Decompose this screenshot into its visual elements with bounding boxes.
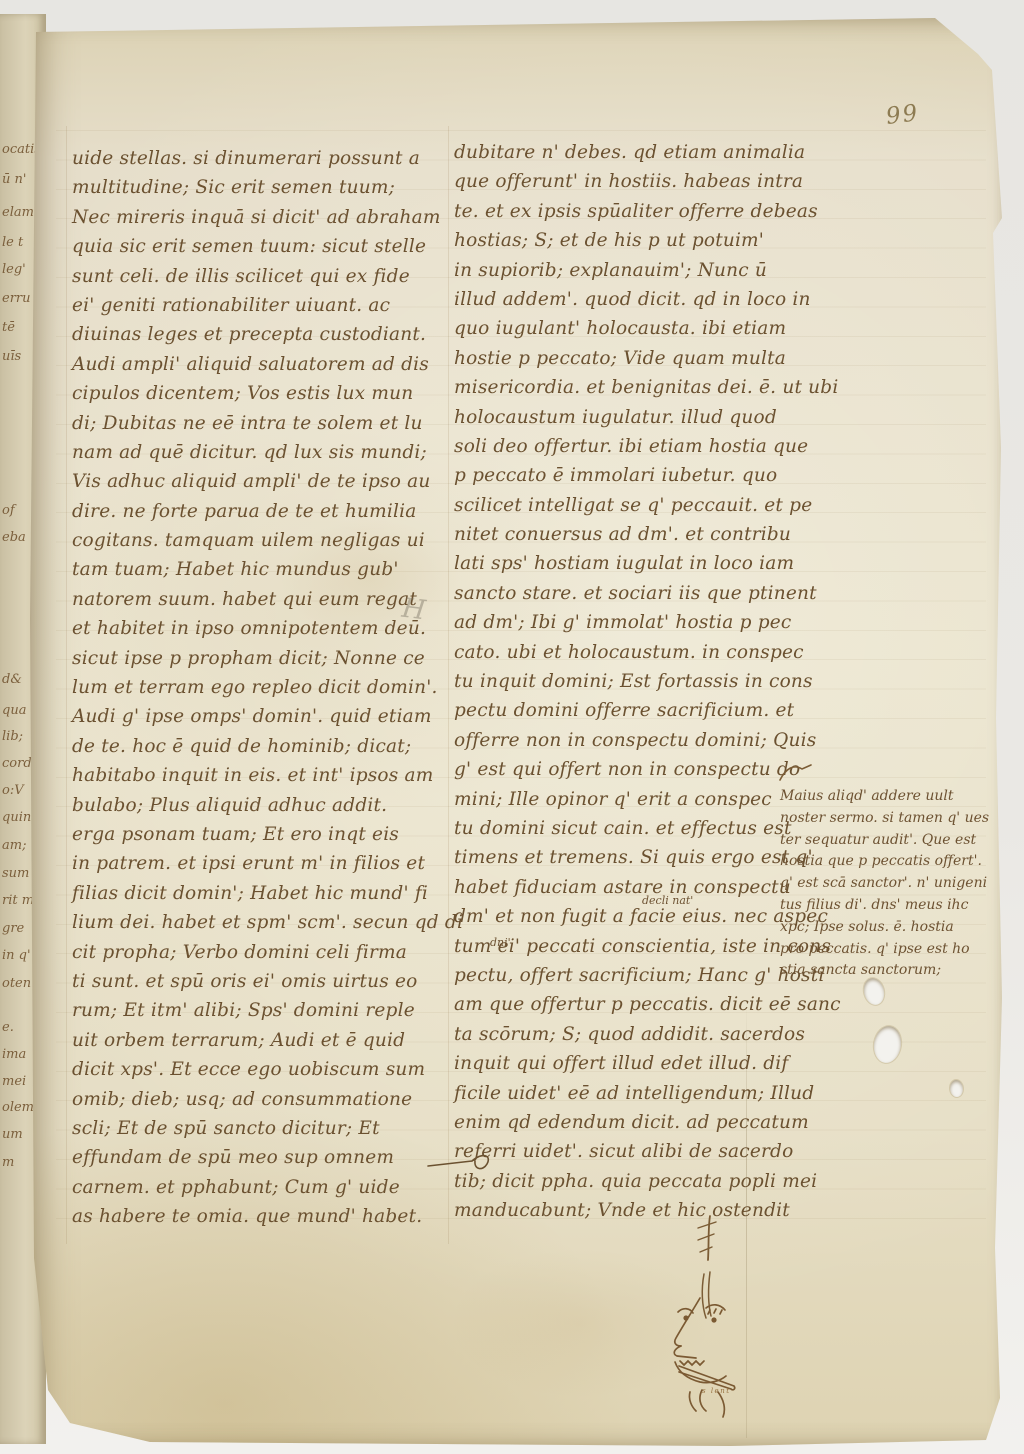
gutter-fragment: ū n' [2, 172, 26, 187]
text-line: soli deo offertur. ibi etiam hostia que [454, 432, 846, 461]
text-line: offerre non in conspectu domini; Quis [454, 726, 846, 755]
gutter-fragment: ima [2, 1047, 26, 1062]
text-line: ti sunt. et spū oris ei' omis uirtus eo [72, 967, 454, 996]
text-column-left: uide stellas. si dinumerari possunt amul… [72, 144, 454, 1231]
text-line: de te. hoc ē quid de hominib; dicat; [72, 732, 454, 761]
text-line: in supiorib; explanauim'; Nunc ū [454, 256, 846, 285]
gutter-fragment: lib; [2, 729, 23, 744]
text-line: multitudine; Sic erit semen tuum; [72, 173, 454, 202]
text-line: scli; Et de spū sancto dicitur; Et [72, 1114, 454, 1143]
text-line: carnem. et pphabunt; Cum g' uide [72, 1173, 454, 1202]
text-line: habitabo inquit in eis. et int' ipsos am [72, 761, 454, 790]
text-line: tam tuam; Habet hic mundus gub' [72, 555, 454, 584]
interlinear-correction: decli nat' [642, 894, 693, 907]
text-line: am que offertur p peccatis. dicit eē san… [454, 990, 846, 1019]
margin-note-line: pro peccatis. q' ipse est ho [780, 939, 1002, 961]
text-line: dire. ne forte parua de te et humilia [72, 497, 454, 526]
text-line: omib; dieb; usq; ad consummatione [72, 1085, 454, 1114]
text-line: inquit qui offert illud edet illud. dif [454, 1049, 846, 1078]
text-column-right: dubitare n' debes. qd etiam animaliaque … [454, 138, 846, 1225]
text-line: tu inquit domini; Est fortassis in cons [454, 667, 846, 696]
gutter-fragment: um [2, 1127, 23, 1142]
text-line: ei' geniti rationabiliter uiuant. ac [72, 291, 454, 320]
text-line: nam ad quē dicitur. qd lux sis mundi; [72, 438, 454, 467]
insertion-mark-icon [778, 760, 814, 786]
text-line: cit propha; Verbo domini celi firma [72, 938, 454, 967]
face-profile-doodle-icon [648, 1294, 778, 1434]
gutter-fragment: erru [2, 291, 31, 306]
gutter-fragment: quin [2, 810, 31, 825]
margin-note-line: stia sancta sanctorum; [780, 960, 1002, 982]
gutter-fragment: elam [2, 205, 34, 220]
text-line: sunt celi. de illis scilicet qui ex fide [72, 262, 454, 291]
gutter-fragment: m [2, 1155, 14, 1170]
gutter-fragment: in q' [2, 948, 31, 963]
text-line: Audi ampli' aliquid saluatorem ad dis [72, 350, 454, 379]
margin-note-line: hostia que p peccatis offert'. [780, 851, 1002, 873]
text-line: erga psonam tuam; Et ero inqt eis [72, 820, 454, 849]
text-line: dubitare n' debes. qd etiam animalia [454, 138, 846, 167]
margin-note-line: q' est scā sanctor'. n' unigeni [780, 873, 1002, 895]
text-line: cipulos dicentem; Vos estis lux mun [72, 379, 454, 408]
text-line: tib; dicit ppha. quia peccata popli mei [454, 1167, 846, 1196]
margin-note: Maius aliqd' addere uultnoster sermo. si… [780, 786, 1002, 982]
gutter-fragment: qua [2, 703, 26, 718]
text-line: Vis adhuc aliquid ampli' de te ipso au [72, 467, 454, 496]
text-line: referri uidet'. sicut alibi de sacerdo [454, 1137, 846, 1166]
text-line: cogitans. tamquam uilem negligas ui [72, 526, 454, 555]
gutter-fragment: le t [2, 235, 23, 250]
text-line: quia sic erit semen tuum: sicut stelle [72, 232, 454, 261]
gutter-fragment: sum [2, 866, 29, 881]
text-line: as habere te omia. que mund' habet. [72, 1202, 454, 1231]
pen-flourish-icon [426, 1146, 506, 1176]
manuscript-photo: ocatisū n'elamle tleg'errutēuīsofebad&qu… [0, 0, 1024, 1454]
text-line: hostie p peccato; Vide quam multa [454, 344, 846, 373]
gutter-fragment: of [2, 503, 15, 518]
text-line: in patrem. et ipsi erunt m' in filios et [72, 849, 454, 878]
text-line: sicut ipse p propham dicit; Nonne ce [72, 644, 454, 673]
text-line: p peccato ē immolari iubetur. quo [454, 461, 846, 490]
gutter-fragment: olem [2, 1100, 34, 1115]
parchment-page: 99 uide stellas. si dinumerari possunt a… [30, 18, 1004, 1446]
text-line: bulabo; Plus aliquid adhuc addit. [72, 791, 454, 820]
gutter-fragment: e. [2, 1020, 14, 1035]
doodle-caption: s lent [702, 1387, 731, 1395]
interlinear-correction: dni' [490, 936, 511, 949]
text-line: Nec mireris inquā si dicit' ad abraham [72, 203, 454, 232]
text-line: dicit xps'. Et ecce ego uobiscum sum [72, 1055, 454, 1084]
text-line: ta scōrum; S; quod addidit. sacerdos [454, 1020, 846, 1049]
gutter-fragment: d& [2, 672, 22, 687]
text-line: enim qd edendum dicit. ad peccatum [454, 1108, 846, 1137]
margin-note-line: Maius aliqd' addere uult [780, 786, 1002, 808]
text-line: di; Dubitas ne eē intra te solem et lu [72, 409, 454, 438]
text-line: uide stellas. si dinumerari possunt a [72, 144, 454, 173]
text-line: uit orbem terrarum; Audi et ē quid [72, 1026, 454, 1055]
margin-note-line: ter sequatur audit'. Que est [780, 830, 1002, 852]
margin-note-line: tus filius di'. dns' meus ihc [780, 895, 1002, 917]
text-line: nitet conuersus ad dm'. et contribu [454, 520, 846, 549]
text-line: cato. ubi et holocaustum. in conspec [454, 638, 846, 667]
text-line: que offerunt' in hostiis. habeas intra [454, 167, 846, 196]
gutter-fragment: tē [2, 320, 15, 335]
text-line: lium dei. habet et spm' scm'. secun qd d… [72, 908, 454, 937]
text-line: quo iugulant' holocausta. ibi etiam [454, 314, 846, 343]
text-line: hostias; S; et de his p ut potuim' [454, 226, 846, 255]
text-line: ad dm'; Ibi g' immolat' hostia p pec [454, 608, 846, 637]
text-line: ficile uidet' eē ad intelligendum; Illud [454, 1079, 846, 1108]
column-rule [66, 126, 67, 1244]
text-line: illud addem'. quod dicit. qd in loco in [454, 285, 846, 314]
wormhole [871, 1024, 903, 1065]
gutter-fragment: o:V [2, 783, 24, 798]
text-line: lum et terram ego repleo dicit domin'. [72, 673, 454, 702]
text-line: te. et ex ipsis spūaliter offerre debeas [454, 197, 846, 226]
text-line: pectu domini offerre sacrificium. et [454, 696, 846, 725]
gutter-fragment: rit m [2, 893, 34, 908]
text-line: scilicet intelligat se q' peccauit. et p… [454, 491, 846, 520]
gutter-fragment: eba [2, 530, 26, 545]
text-line: sancto stare. et sociari iis que ptinent [454, 579, 846, 608]
gutter-fragment: mei [2, 1074, 26, 1089]
text-line: manducabunt; Vnde et hic ostendit [454, 1196, 846, 1225]
text-line: lati sps' hostiam iugulat in loco iam [454, 549, 846, 578]
text-line: natorem suum. habet qui eum regat [72, 585, 454, 614]
text-line: Audi g' ipse omps' domin'. quid etiam [72, 702, 454, 731]
plummet-mark: H [400, 593, 427, 627]
text-line: holocaustum iugulatur. illud quod [454, 403, 846, 432]
gutter-fragment: leg' [2, 262, 26, 277]
gutter-fragment: gre [2, 921, 24, 936]
wormhole [949, 1079, 963, 1097]
text-line: rum; Et itm' alibi; Sps' domini reple [72, 996, 454, 1025]
text-line: effundam de spū meo sup omnem [72, 1143, 454, 1172]
text-line: misericordia. et benignitas dei. ē. ut u… [454, 373, 846, 402]
margin-note-line: noster sermo. si tamen q' ues [780, 808, 1002, 830]
text-line: diuinas leges et precepta custodiant. [72, 320, 454, 349]
gutter-fragment: uīs [2, 349, 21, 364]
text-line: filias dicit domin'; Habet hic mund' fi [72, 879, 454, 908]
folio-number: 99 [885, 100, 921, 130]
gutter-fragment: oten [2, 976, 31, 991]
gutter-fragment: am; [2, 838, 26, 853]
text-line: et habitet in ipso omnipotentem deū. [72, 614, 454, 643]
margin-note-line: xpc; Ipse solus. ē. hostia [780, 917, 1002, 939]
